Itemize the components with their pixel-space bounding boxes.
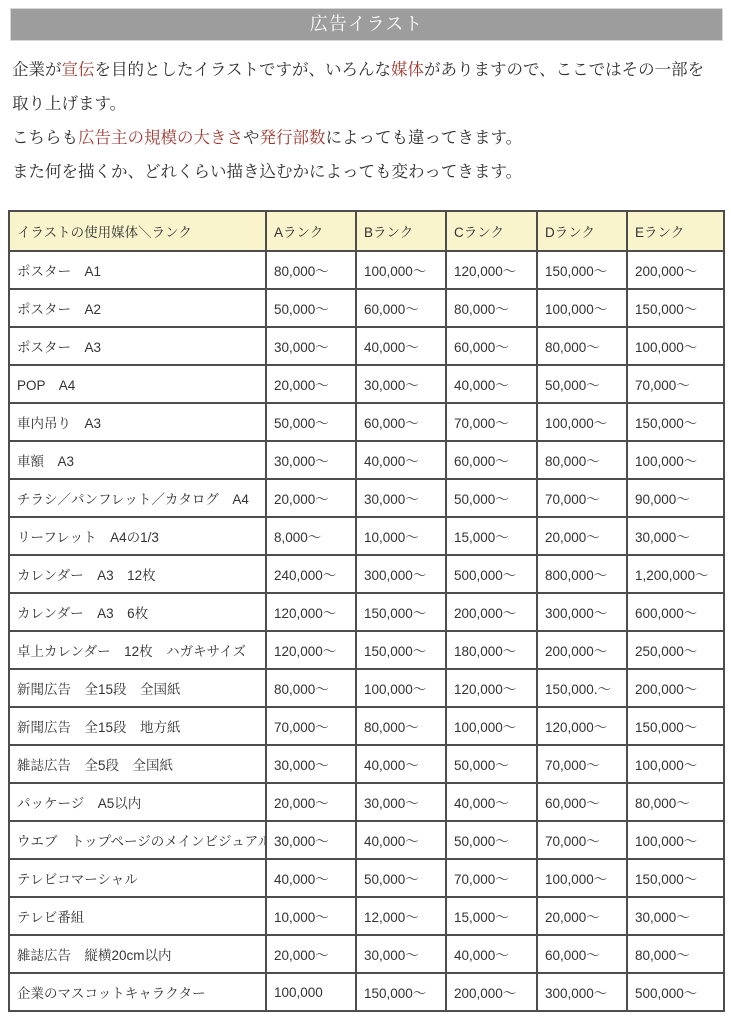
table-row: 新聞広告 全15段 全国紙80,000～100,000～120,000～150,… (9, 669, 724, 707)
price-cell: 15,000～ (446, 517, 537, 555)
price-cell: 240,000～ (266, 555, 356, 593)
price-cell: 70,000～ (266, 707, 356, 745)
price-cell: 150,000.～ (537, 669, 627, 707)
text-segment: 企業が (12, 61, 62, 79)
price-cell: 150,000～ (627, 289, 724, 327)
price-cell: 120,000～ (446, 669, 537, 707)
price-cell: 100,000～ (627, 441, 724, 479)
price-cell: 10,000～ (266, 897, 356, 935)
row-label: カレンダー A3 6枚 (9, 593, 266, 631)
table-row: ポスター A330,000～40,000～60,000～80,000～100,0… (9, 327, 724, 365)
table-row: 車内吊り A350,000～60,000～70,000～100,000～150,… (9, 403, 724, 441)
price-cell: 70,000～ (446, 403, 537, 441)
price-cell: 100,000～ (537, 859, 627, 897)
table-header-row: イラストの使用媒体＼ランクAランクBランクCランクDランクEランク (9, 211, 724, 251)
price-cell: 80,000～ (266, 251, 356, 289)
price-cell: 70,000～ (537, 745, 627, 783)
price-cell: 8,000～ (266, 517, 356, 555)
price-cell: 80,000～ (537, 441, 627, 479)
price-cell: 150,000～ (356, 973, 446, 1011)
price-cell: 60,000～ (446, 441, 537, 479)
price-cell: 100,000～ (627, 745, 724, 783)
row-label: 車額 A3 (9, 441, 266, 479)
price-cell: 30,000～ (356, 935, 446, 973)
price-cell: 100,000 (266, 973, 356, 1011)
column-header-rank: Bランク (356, 211, 446, 251)
price-cell: 15,000～ (446, 897, 537, 935)
intro-paragraph: また何を描くか、どれくらい描き込むかによっても変わってきます。 (12, 155, 719, 189)
row-label: カレンダー A3 12枚 (9, 555, 266, 593)
price-cell: 100,000～ (537, 403, 627, 441)
price-cell: 20,000～ (266, 479, 356, 517)
price-cell: 150,000～ (627, 403, 724, 441)
intro-paragraph: 企業が宣伝を目的としたイラストですが、いろんな媒体がありますので、ここではその一… (12, 53, 719, 121)
price-cell: 300,000～ (537, 973, 627, 1011)
price-cell: 200,000～ (627, 251, 724, 289)
price-cell: 30,000～ (627, 897, 724, 935)
price-cell: 300,000～ (537, 593, 627, 631)
row-label: 車内吊り A3 (9, 403, 266, 441)
highlighted-text: 媒体 (391, 61, 424, 79)
text-segment: また何を描くか、どれくらい描き込むかによっても変わってきます。 (12, 163, 522, 181)
table-row: 雑誌広告 縦横20cm以内20,000～30,000～40,000～60,000… (9, 935, 724, 973)
price-cell: 70,000～ (446, 859, 537, 897)
price-cell: 60,000～ (446, 327, 537, 365)
row-label: 新聞広告 全15段 全国紙 (9, 669, 266, 707)
row-label: 企業のマスコットキャラクター (9, 973, 266, 1011)
row-label: リーフレット A4の1/3 (9, 517, 266, 555)
highlighted-text: 広告主の規模の大きさ (78, 129, 243, 147)
table-row: テレビ番組10,000～12,000～15,000～20,000～30,000～ (9, 897, 724, 935)
price-cell: 60,000～ (356, 403, 446, 441)
price-cell: 30,000～ (266, 441, 356, 479)
table-row: 雑誌広告 全5段 全国紙30,000～40,000～50,000～70,000～… (9, 745, 724, 783)
table-row: ウエブ トップページのメインビジュアル30,000～40,000～50,000～… (9, 821, 724, 859)
price-cell: 40,000～ (356, 327, 446, 365)
price-cell: 50,000～ (356, 859, 446, 897)
table-row: テレビコマーシャル40,000～50,000～70,000～100,000～15… (9, 859, 724, 897)
row-label: チラシ／パンフレット／カタログ A4 (9, 479, 266, 517)
intro-text: 企業が宣伝を目的としたイラストですが、いろんな媒体がありますので、ここではその一… (12, 53, 719, 189)
column-header-rank: Eランク (627, 211, 724, 251)
price-cell: 40,000～ (446, 365, 537, 403)
price-cell: 100,000～ (627, 821, 724, 859)
table-row: 車額 A330,000～40,000～60,000～80,000～100,000… (9, 441, 724, 479)
text-segment: こちらも (12, 129, 78, 147)
price-cell: 100,000～ (356, 251, 446, 289)
price-cell: 50,000～ (266, 289, 356, 327)
price-cell: 200,000～ (446, 593, 537, 631)
price-cell: 30,000～ (627, 517, 724, 555)
price-cell: 40,000～ (356, 821, 446, 859)
price-cell: 100,000～ (446, 707, 537, 745)
price-cell: 60,000～ (537, 783, 627, 821)
column-header-media-rank: イラストの使用媒体＼ランク (9, 211, 266, 251)
price-cell: 12,000～ (356, 897, 446, 935)
price-cell: 300,000～ (356, 555, 446, 593)
price-cell: 120,000～ (537, 707, 627, 745)
price-cell: 150,000～ (356, 631, 446, 669)
price-cell: 150,000～ (627, 707, 724, 745)
price-cell: 150,000～ (537, 251, 627, 289)
price-cell: 20,000～ (266, 783, 356, 821)
price-cell: 70,000～ (627, 365, 724, 403)
price-cell: 40,000～ (356, 441, 446, 479)
price-cell: 120,000～ (266, 631, 356, 669)
price-cell: 20,000～ (266, 365, 356, 403)
row-label: テレビ番組 (9, 897, 266, 935)
page-title: 広告イラスト (10, 8, 723, 41)
price-cell: 100,000～ (356, 669, 446, 707)
table-body: ポスター A180,000～100,000～120,000～150,000～20… (9, 251, 724, 1011)
column-header-rank: Dランク (537, 211, 627, 251)
price-cell: 10,000～ (356, 517, 446, 555)
price-cell: 50,000～ (446, 745, 537, 783)
price-cell: 800,000～ (537, 555, 627, 593)
highlighted-text: 発行部数 (260, 129, 326, 147)
text-segment: や (243, 129, 260, 147)
intro-paragraph: こちらも広告主の規模の大きさや発行部数によっても違ってきます。 (12, 121, 719, 155)
table-row: チラシ／パンフレット／カタログ A420,000～30,000～50,000～7… (9, 479, 724, 517)
price-cell: 500,000～ (446, 555, 537, 593)
price-cell: 60,000～ (537, 935, 627, 973)
price-cell: 80,000～ (446, 289, 537, 327)
price-cell: 70,000～ (537, 479, 627, 517)
text-segment: によっても違ってきます。 (326, 129, 523, 147)
price-cell: 50,000～ (446, 821, 537, 859)
price-cell: 50,000～ (266, 403, 356, 441)
price-cell: 70,000～ (537, 821, 627, 859)
price-cell: 50,000～ (537, 365, 627, 403)
table-row: ポスター A250,000～60,000～80,000～100,000～150,… (9, 289, 724, 327)
table-row: ポスター A180,000～100,000～120,000～150,000～20… (9, 251, 724, 289)
price-cell: 250,000～ (627, 631, 724, 669)
price-cell: 20,000～ (537, 517, 627, 555)
row-label: ポスター A2 (9, 289, 266, 327)
table-row: パッケージ A5以内20,000～30,000～40,000～60,000～80… (9, 783, 724, 821)
price-cell: 30,000～ (356, 365, 446, 403)
price-cell: 30,000～ (266, 327, 356, 365)
row-label: ウエブ トップページのメインビジュアル (9, 821, 266, 859)
price-cell: 100,000～ (537, 289, 627, 327)
row-label: 新聞広告 全15段 地方紙 (9, 707, 266, 745)
row-label: ポスター A3 (9, 327, 266, 365)
price-cell: 80,000～ (627, 783, 724, 821)
column-header-rank: Aランク (266, 211, 356, 251)
price-cell: 30,000～ (356, 479, 446, 517)
price-cell: 40,000～ (446, 935, 537, 973)
price-cell: 80,000～ (537, 327, 627, 365)
price-cell: 40,000～ (446, 783, 537, 821)
price-cell: 80,000～ (627, 935, 724, 973)
price-cell: 200,000～ (627, 669, 724, 707)
price-cell: 120,000～ (266, 593, 356, 631)
table-row: 企業のマスコットキャラクター100,000150,000～200,000～300… (9, 973, 724, 1011)
table-row: 卓上カレンダー 12枚 ハガキサイズ120,000～150,000～180,00… (9, 631, 724, 669)
table-row: 新聞広告 全15段 地方紙70,000～80,000～100,000～120,0… (9, 707, 724, 745)
row-label: 雑誌広告 縦横20cm以内 (9, 935, 266, 973)
table-row: リーフレット A4の1/38,000～10,000～15,000～20,000～… (9, 517, 724, 555)
price-cell: 50,000～ (446, 479, 537, 517)
price-cell: 20,000～ (537, 897, 627, 935)
row-label: ポスター A1 (9, 251, 266, 289)
price-cell: 40,000～ (356, 745, 446, 783)
text-segment: を目的としたイラストですが、いろんな (95, 61, 392, 79)
table-row: カレンダー A3 12枚240,000～300,000～500,000～800,… (9, 555, 724, 593)
price-cell: 200,000～ (537, 631, 627, 669)
column-header-rank: Cランク (446, 211, 537, 251)
highlighted-text: 宣伝 (62, 61, 95, 79)
price-cell: 1,200,000～ (627, 555, 724, 593)
price-cell: 90,000～ (627, 479, 724, 517)
price-cell: 100,000～ (627, 327, 724, 365)
row-label: 卓上カレンダー 12枚 ハガキサイズ (9, 631, 266, 669)
price-cell: 20,000～ (266, 935, 356, 973)
price-cell: 500,000～ (627, 973, 724, 1011)
price-cell: 60,000～ (356, 289, 446, 327)
price-cell: 150,000～ (356, 593, 446, 631)
price-cell: 120,000～ (446, 251, 537, 289)
price-cell: 30,000～ (266, 745, 356, 783)
table-row: カレンダー A3 6枚120,000～150,000～200,000～300,0… (9, 593, 724, 631)
price-cell: 200,000～ (446, 973, 537, 1011)
row-label: テレビコマーシャル (9, 859, 266, 897)
price-cell: 180,000～ (446, 631, 537, 669)
price-cell: 30,000～ (266, 821, 356, 859)
row-label: POP A4 (9, 365, 266, 403)
price-cell: 40,000～ (266, 859, 356, 897)
price-cell: 80,000～ (266, 669, 356, 707)
price-cell: 150,000～ (627, 859, 724, 897)
table-row: POP A420,000～30,000～40,000～50,000～70,000… (9, 365, 724, 403)
price-cell: 30,000～ (356, 783, 446, 821)
price-cell: 600,000～ (627, 593, 724, 631)
price-table: イラストの使用媒体＼ランクAランクBランクCランクDランクEランク ポスター A… (8, 210, 725, 1012)
price-cell: 80,000～ (356, 707, 446, 745)
row-label: 雑誌広告 全5段 全国紙 (9, 745, 266, 783)
row-label: パッケージ A5以内 (9, 783, 266, 821)
